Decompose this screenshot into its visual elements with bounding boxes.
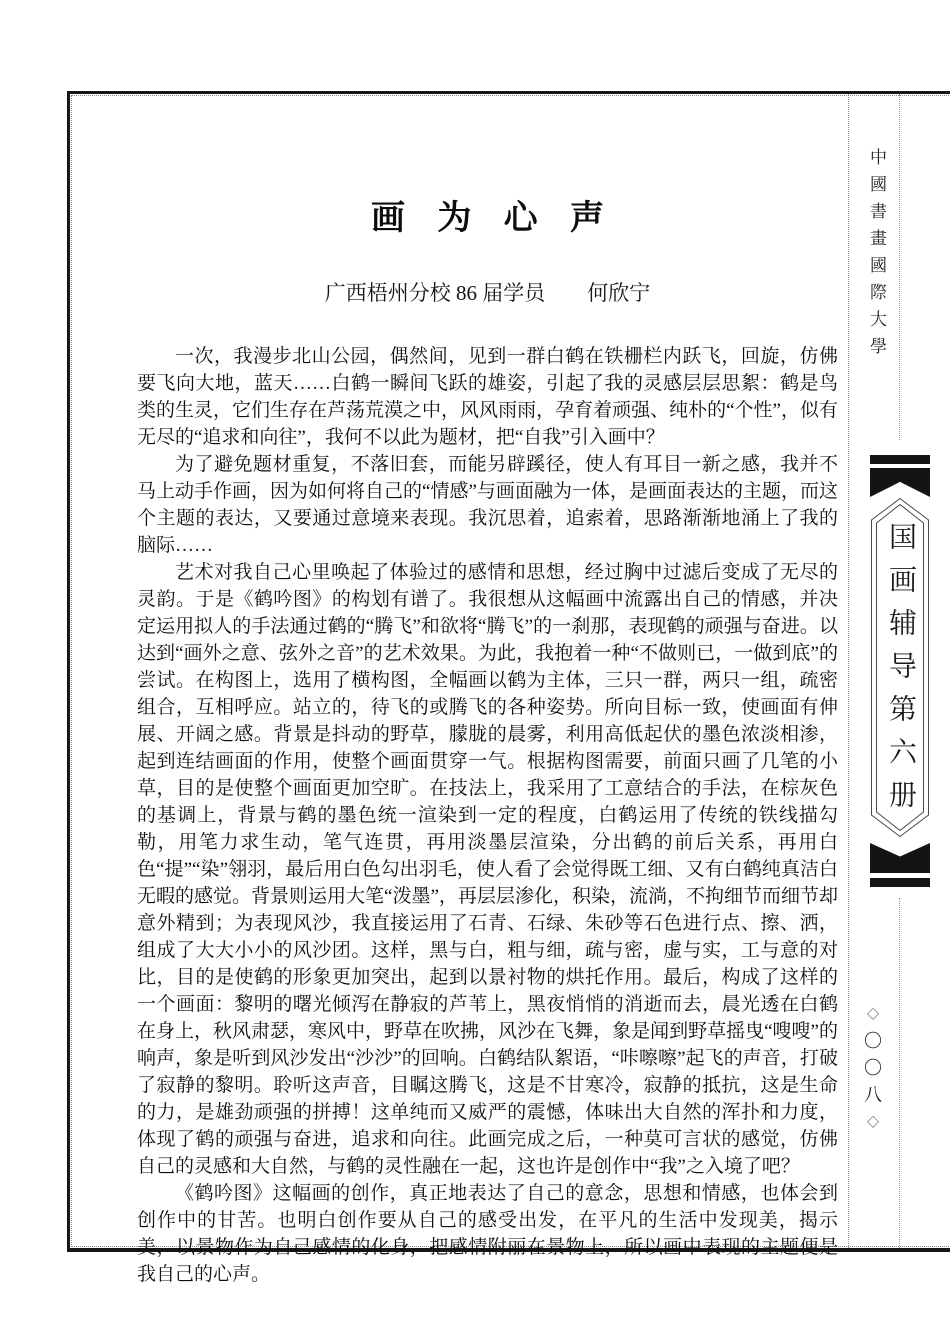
paragraph: 一次，我漫步北山公园，偶然间，见到一群白鹤在铁栅栏内跃飞，回旋，仿佛要飞向大地，… (137, 343, 838, 451)
ribbon-top-bar (870, 455, 930, 464)
paragraph: 为了避免题材重复，不落旧套，而能另辟蹊径，使人有耳目一新之感，我并不马上动手作画… (137, 451, 838, 559)
volume-label-box: 国画辅导第六册 (871, 498, 929, 837)
folio-page-number: ◇ 〇 〇 八 ◇ (858, 1004, 888, 1132)
institution-vertical-text: 中國書畫國際大學 (864, 148, 889, 364)
article-title: 画为心声 (137, 199, 838, 237)
page-frame: 画为心声 广西梧州分校 86 届学员 何欣宁 一次，我漫步北山公园，偶然间，见到… (67, 91, 950, 1252)
ribbon-bottom-flag (870, 843, 930, 873)
folio-digit: 〇 (864, 1058, 882, 1078)
sidebar-rule-left (848, 94, 849, 1248)
paragraph: 《鹤吟图》这幅画的创作，真正地表达了自己的意念，思想和情感，也体会到创作中的甘苦… (137, 1180, 838, 1288)
paragraph: 艺术对我自己心里唤起了体验过的感情和思想，经过胸中过滤后变成了无尽的灵韵。于是《… (137, 559, 838, 1180)
sidebar-rule-right-lower (899, 898, 900, 1248)
folio-digit: 〇 (864, 1031, 882, 1051)
diamond-icon: ◇ (867, 1112, 879, 1132)
diamond-icon: ◇ (867, 1004, 879, 1024)
article-byline: 广西梧州分校 86 届学员 何欣宁 (137, 280, 838, 306)
volume-label-text: 国画辅导第六册 (880, 522, 920, 823)
ribbon-top-flag (870, 468, 930, 497)
folio-digit: 八 (864, 1085, 882, 1105)
ribbon-bottom-bar (870, 878, 930, 887)
article-body: 一次，我漫步北山公园，偶然间，见到一群白鹤在铁栅栏内跃飞，回旋，仿佛要飞向大地，… (137, 343, 838, 1288)
sidebar-rule-right-upper (899, 94, 900, 440)
